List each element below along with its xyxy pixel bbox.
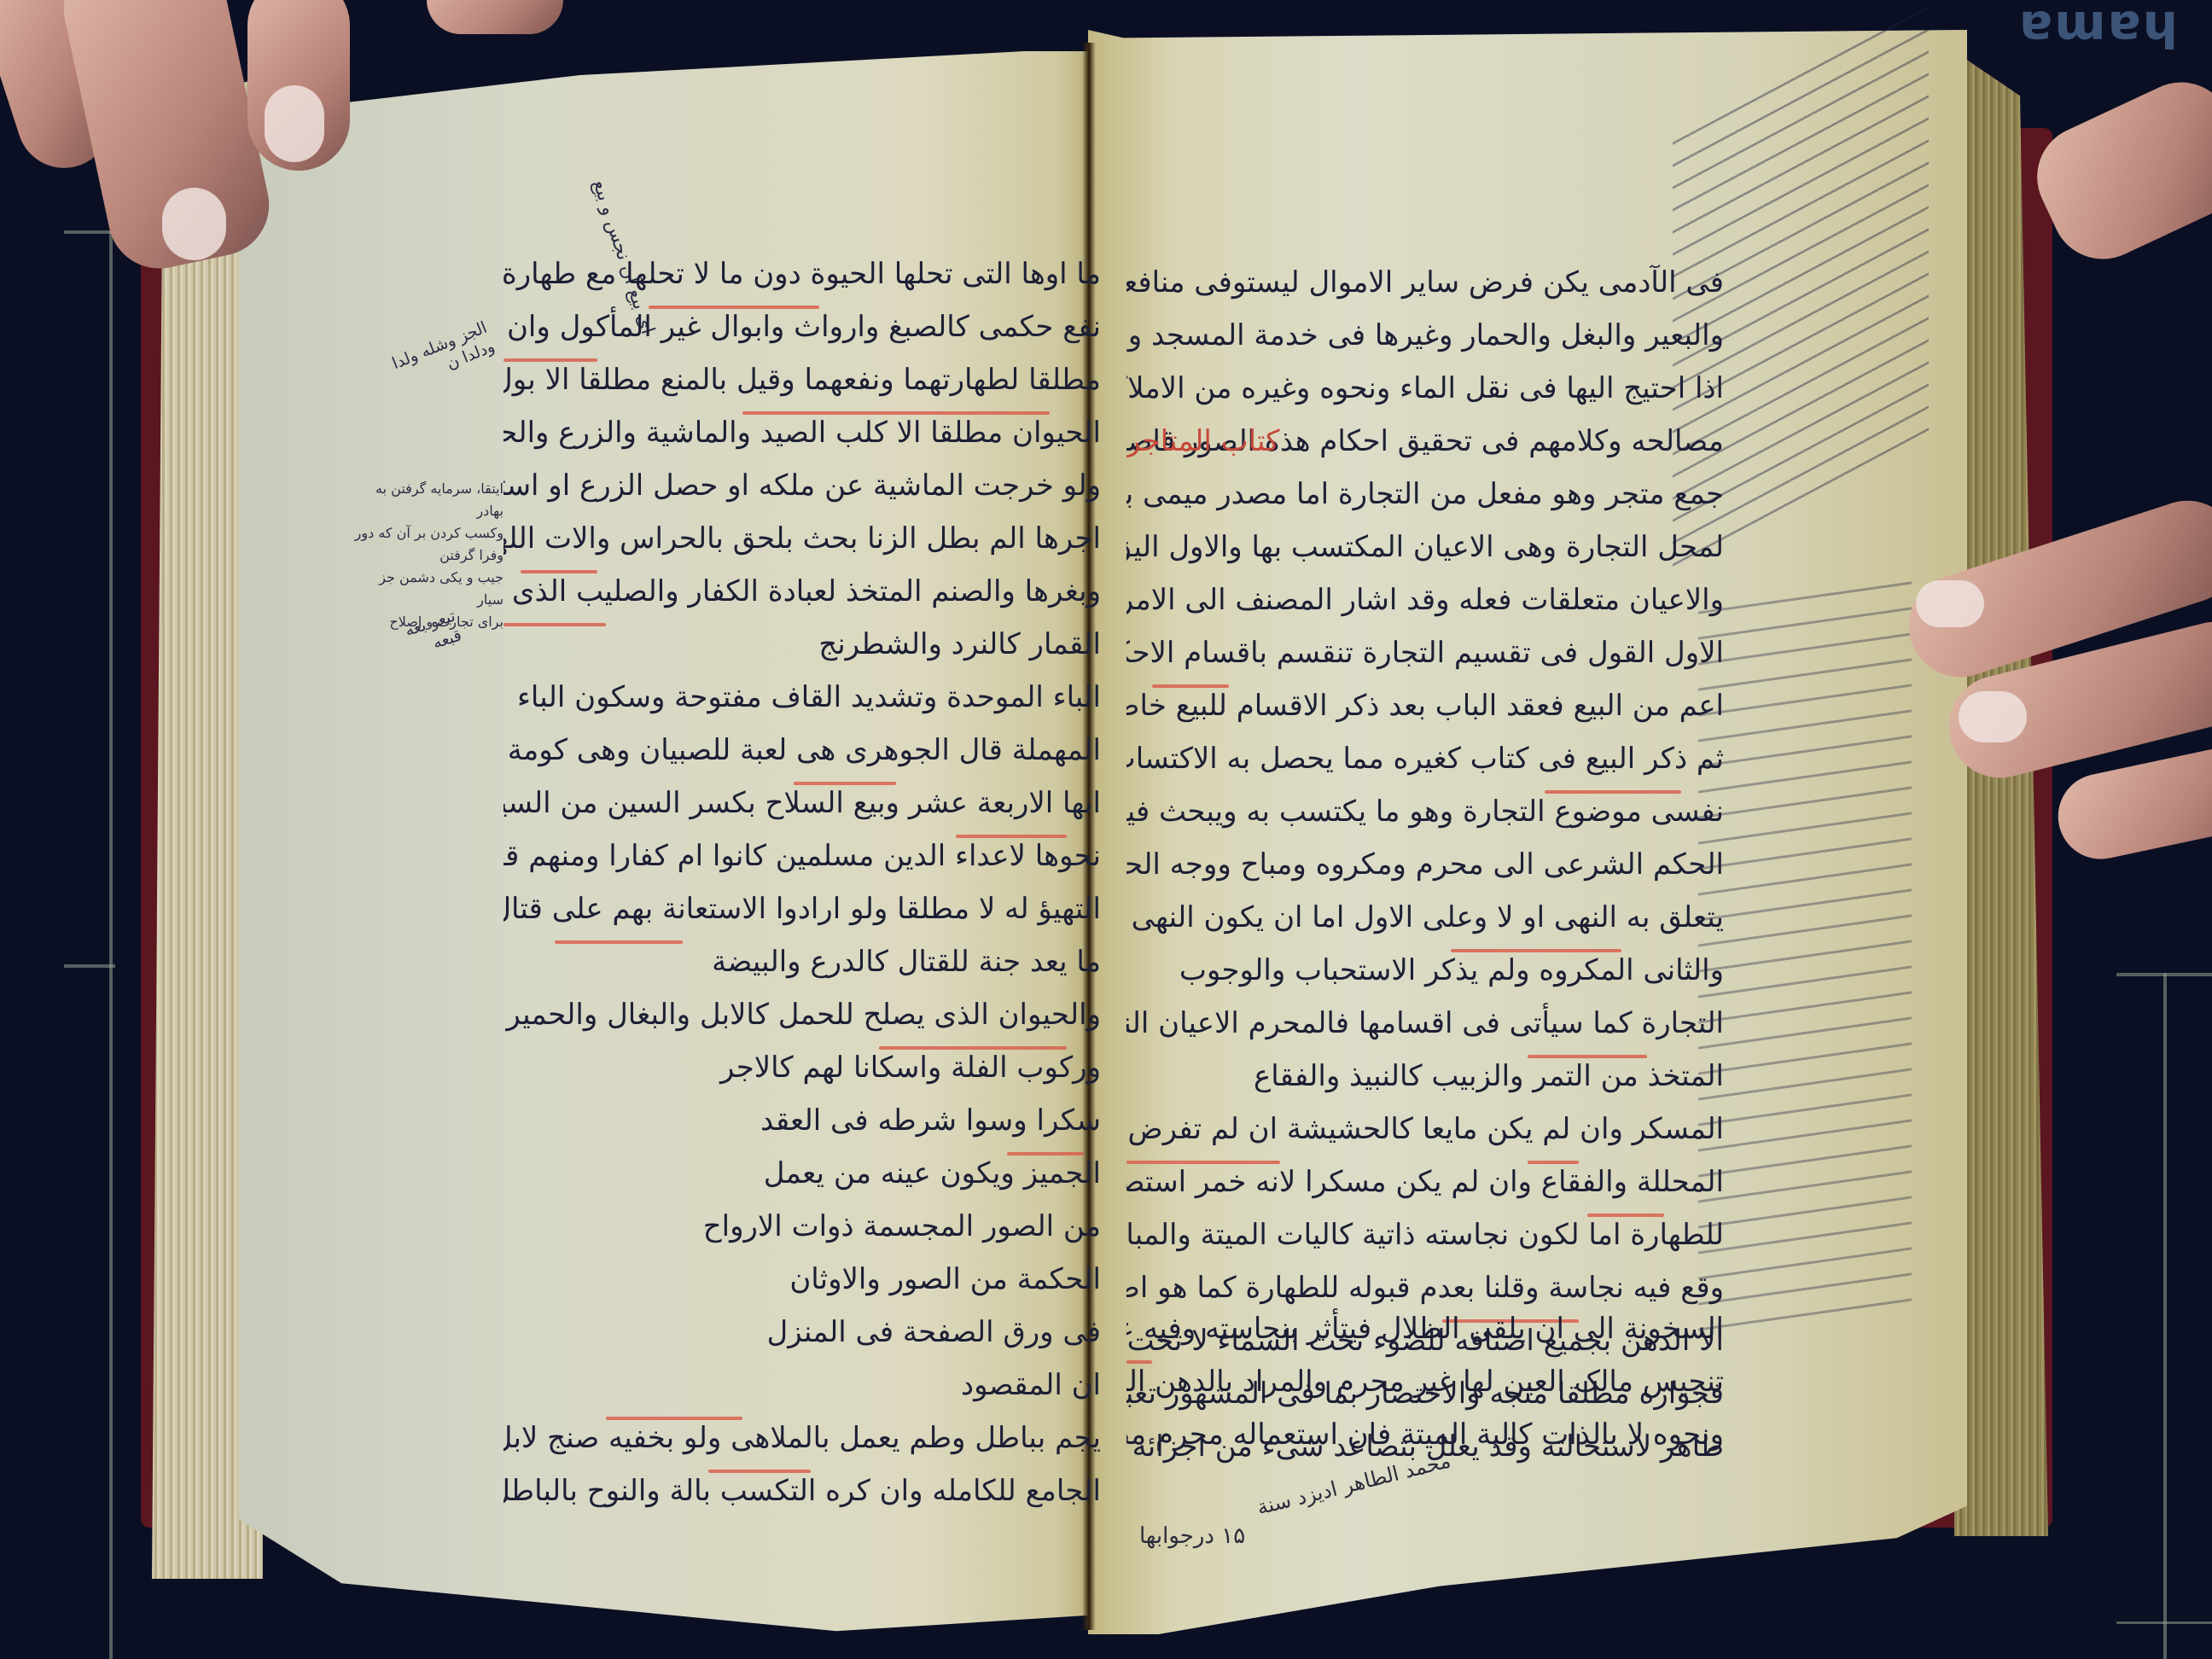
page-number: ۱۵ درجوابها bbox=[1139, 1523, 1245, 1549]
text-line: التهیؤ له لا مطلقا ولو ارادوا الاستعانة … bbox=[504, 882, 1101, 935]
board-brand-label: hama bbox=[2017, 0, 2178, 58]
text-line: اجرها الم بطل الزنا بحث بلحق بالحراس وال… bbox=[504, 512, 1101, 565]
text-line: المهملة قال الجوهری هی لعبة للصبیان وهی … bbox=[504, 724, 1101, 777]
board-gridline bbox=[2163, 973, 2167, 1659]
rubric-heading: کتاب المتاجر bbox=[1126, 415, 1279, 468]
text-line: اعم من البیع فعقد الباب بعد ذکر الاقسام … bbox=[1126, 679, 1724, 732]
text-line: انها الاربعة عشر وبیع السلاح بکسر السین … bbox=[504, 777, 1101, 829]
text-line: یتعلق به النهی او لا وعلی الاول اما ان ی… bbox=[1126, 891, 1724, 944]
left-hand bbox=[0, 0, 597, 205]
right-page-text: فی الآدمی یکن فرض سایر الاموال لیستوفی م… bbox=[1126, 256, 1724, 1473]
text-line: ما یعد جنة للقتال کالدرع والبیضة bbox=[504, 935, 1101, 988]
text-line: کتاب المتاجرمصالحه وکلامهم فی تحقیق احکا… bbox=[1126, 415, 1724, 468]
text-line: ولو خرجت الماشیة عن ملکه او حصل الزرع او… bbox=[504, 459, 1101, 512]
text-line: مطلقا لطهارتهما ونفعهما وقیل بالمنع مطلق… bbox=[504, 353, 1101, 406]
text-line: للطهارة اما لکون نجاسته ذاتیة کالیات الم… bbox=[1126, 1208, 1724, 1261]
right-margin-note-vertical: حاشیة عمودیة فی الهامش الایمن bbox=[1698, 573, 1912, 1346]
text-line: جمع متجر وهو مفعل من التجارة اما مصدر می… bbox=[1126, 468, 1724, 521]
text-line: والبعیر والبغل والحمار وغیرها فی خدمة ال… bbox=[1126, 309, 1724, 362]
text-line: والحیوان الذی یصلح للحمل کالابل والبغال … bbox=[504, 988, 1101, 1041]
text-line: ثم ذکر البیع فی کتاب کغیره مما یحصل به ا… bbox=[1126, 732, 1724, 785]
fingernail bbox=[265, 85, 324, 162]
left-page-text: ما اوها التی تحلها الحیوة دون ما لا تحله… bbox=[504, 247, 1101, 1517]
text-line: الجامع للکامله وان کره التکسب بالة والنو… bbox=[504, 1464, 1101, 1517]
text-line: فی ورق الصفحة فی المنزل bbox=[504, 1306, 1101, 1359]
text-line: فی الآدمی یکن فرض سایر الاموال لیستوفی م… bbox=[1126, 256, 1724, 309]
text-line: وبغرها والصنم المتخذ لعبادة الکفار والصل… bbox=[504, 565, 1101, 618]
text-line: سکرا وسوا شرطه فی العقد bbox=[504, 1094, 1101, 1147]
text-line: الحکمة من الصور والاوثان bbox=[504, 1253, 1101, 1306]
board-gridline bbox=[109, 230, 113, 1659]
text-line: والثانی المکروه ولم یذکر الاستحباب والوج… bbox=[1126, 944, 1724, 997]
fingernail bbox=[1916, 580, 1984, 627]
text-line: المتخذ من التمر والزبیب کالنبیذ والفقاع bbox=[1126, 1050, 1724, 1103]
fingernail bbox=[162, 188, 226, 260]
text-line: ان المقصود bbox=[504, 1359, 1101, 1412]
text-line: الحیوان مطلقا الا کلب الصید والماشیة وال… bbox=[504, 406, 1101, 459]
text-line: الباء الموحدة وتشدید القاف مفتوحة وسکون … bbox=[504, 671, 1101, 724]
text-line: نفسی موضوع التجارة وهو ما یکتسب به ویبحث… bbox=[1126, 785, 1724, 838]
text-line: التجارة کما سیأتی فی اقسامها فالمحرم الا… bbox=[1126, 997, 1724, 1050]
thumb bbox=[2020, 66, 2212, 276]
text-line: الاول القول فی تقسیم التجارة تنقسم باقسا… bbox=[1126, 626, 1724, 679]
finger bbox=[427, 0, 563, 34]
text-line: یجم بباطل وطم یعمل بالملاهی ولو بخفیه صن… bbox=[504, 1412, 1101, 1464]
text-line: اذا احتیج الیها فی نقل الماء ونحوه وغیره… bbox=[1126, 362, 1724, 415]
left-margin-note: ایتقا، سرمایه گرفتن به بهادر وکسب کردن ب… bbox=[350, 478, 504, 633]
fingernail bbox=[1959, 691, 2027, 742]
text-line: نحوها لاعداء الدین مسلمین کانوا ام کفارا… bbox=[504, 829, 1101, 882]
text-line: والاعیان متعلقات فعله وقد اشار المصنف ال… bbox=[1126, 573, 1724, 626]
board-gridline bbox=[64, 964, 115, 968]
text-line: تنجیس مالک العین لها غیر محرم والمراد با… bbox=[1126, 1355, 1724, 1408]
text-line: لمحل التجارة وهی الاعیان المکتسب بها وال… bbox=[1126, 521, 1724, 573]
text-line: ما اوها التی تحلها الحیوة دون ما لا تحله… bbox=[504, 247, 1101, 300]
text-line: المحللة والفقاع وان لم یکن مسکرا لانه خم… bbox=[1126, 1155, 1724, 1208]
text-line: نفع حکمی کالصبغ وارواث وابوال غیر المأکو… bbox=[504, 300, 1101, 353]
board-gridline bbox=[2116, 1621, 2212, 1624]
text-line: الجمیز ویکون عینه من یعمل bbox=[504, 1147, 1101, 1200]
text-line: الحکم الشرعی الی محرم ومکروه ومباح ووجه … bbox=[1126, 838, 1724, 891]
text-line: المسکر وان لم یکن مایعا کالحشیشة ان لم ت… bbox=[1126, 1103, 1724, 1155]
text-line: القمار کالنرد والشطرنج bbox=[504, 618, 1101, 671]
text-line: ورکوب الفلة واسکانا لهم کالاجر bbox=[504, 1041, 1101, 1094]
text-line: من الصور المجسمة ذوات الارواح bbox=[504, 1200, 1101, 1253]
right-hand bbox=[2023, 102, 2212, 828]
right-page-text-bottom: السخونة الی ان یلقی الظلال فیتأثر بنجاست… bbox=[1126, 1302, 1724, 1461]
board-gridline bbox=[64, 230, 115, 234]
text-line: السخونة الی ان یلقی الظلال فیتأثر بنجاست… bbox=[1126, 1302, 1724, 1355]
